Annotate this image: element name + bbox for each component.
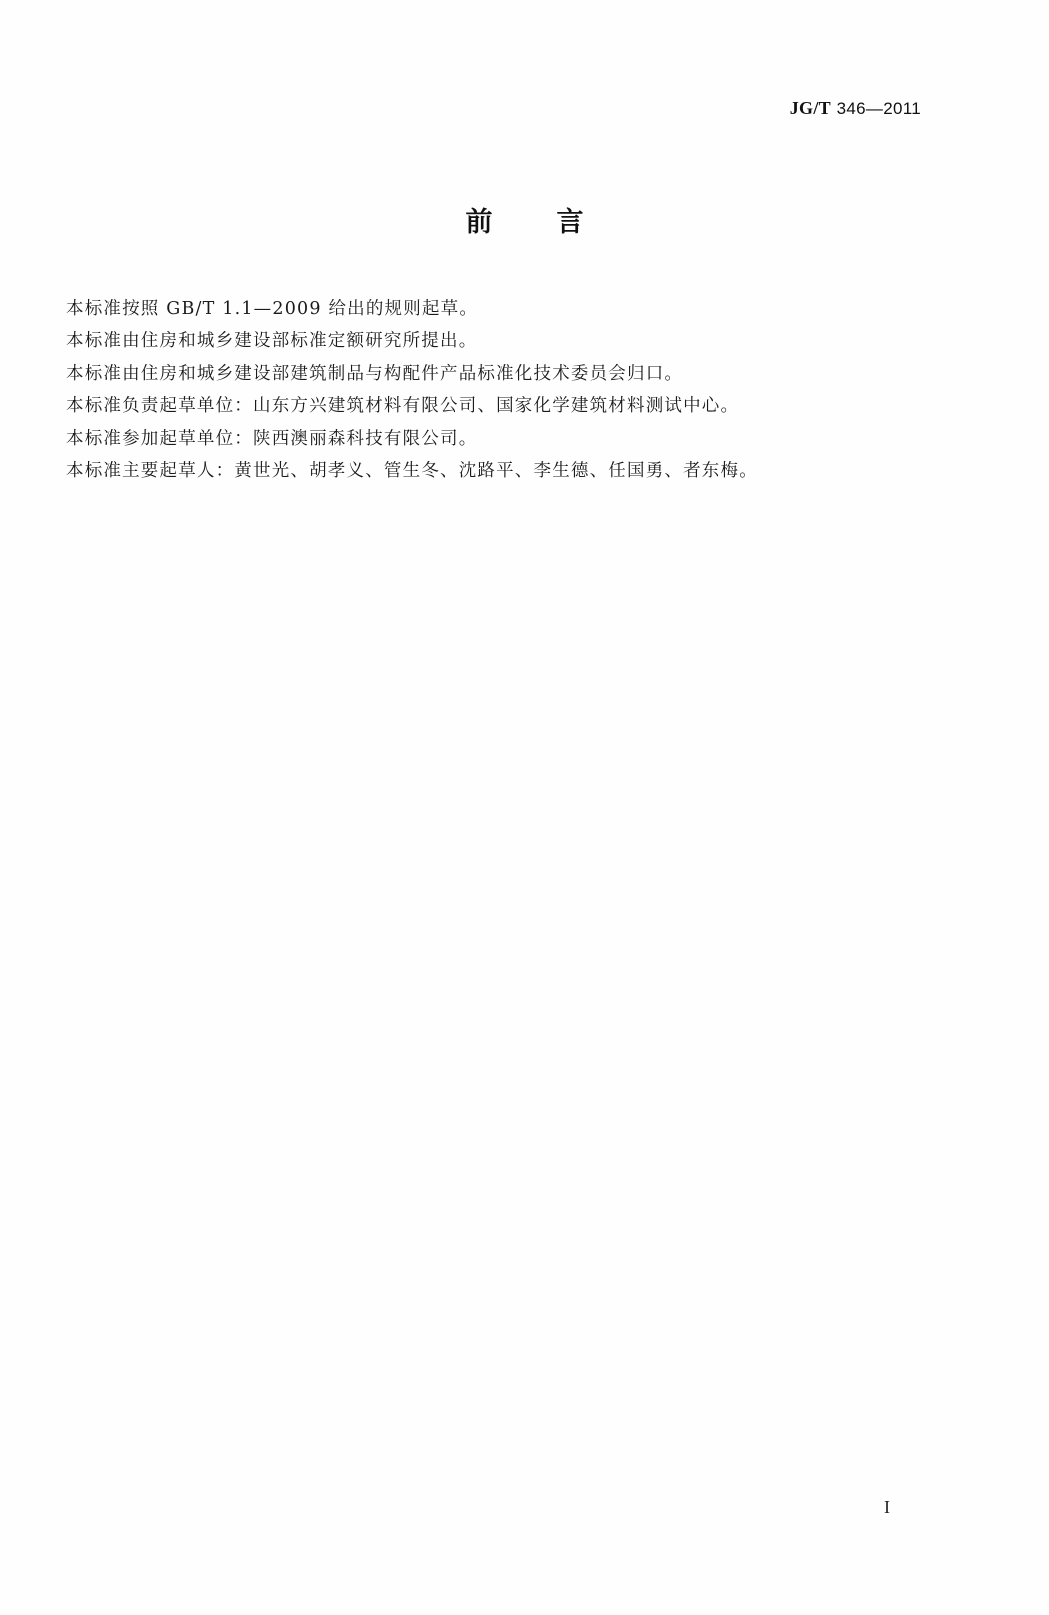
standard-prefix: JG/T xyxy=(790,98,831,118)
paragraph-drafting-rules: 本标准按照 GB/T 1.1—2009 给出的规则起草。 xyxy=(66,293,966,325)
standard-code: JG/T 346—2011 xyxy=(790,98,921,119)
paragraph-technical-committee: 本标准由住房和城乡建设部建筑制品与构配件产品标准化技术委员会归口。 xyxy=(66,358,966,390)
page-number: I xyxy=(884,1497,890,1518)
paragraph-participating-units: 本标准参加起草单位：陕西澳丽森科技有限公司。 xyxy=(66,423,966,455)
document-page: JG/T 346—2011 前言 本标准按照 GB/T 1.1—2009 给出的… xyxy=(0,0,1049,1615)
foreword-body: 本标准按照 GB/T 1.1—2009 给出的规则起草。 本标准由住房和城乡建设… xyxy=(66,293,966,487)
paragraph-proposer: 本标准由住房和城乡建设部标准定额研究所提出。 xyxy=(66,325,966,357)
paragraph-lead-drafting-units: 本标准负责起草单位：山东方兴建筑材料有限公司、国家化学建筑材料测试中心。 xyxy=(66,390,966,422)
standard-number: 346—2011 xyxy=(837,99,921,118)
title-char-1: 前 xyxy=(466,200,493,239)
page-title: 前言 xyxy=(0,200,1049,239)
paragraph-main-drafters: 本标准主要起草人：黄世光、胡孝义、管生冬、沈路平、李生德、任国勇、者东梅。 xyxy=(66,455,966,487)
title-char-2: 言 xyxy=(557,200,584,239)
